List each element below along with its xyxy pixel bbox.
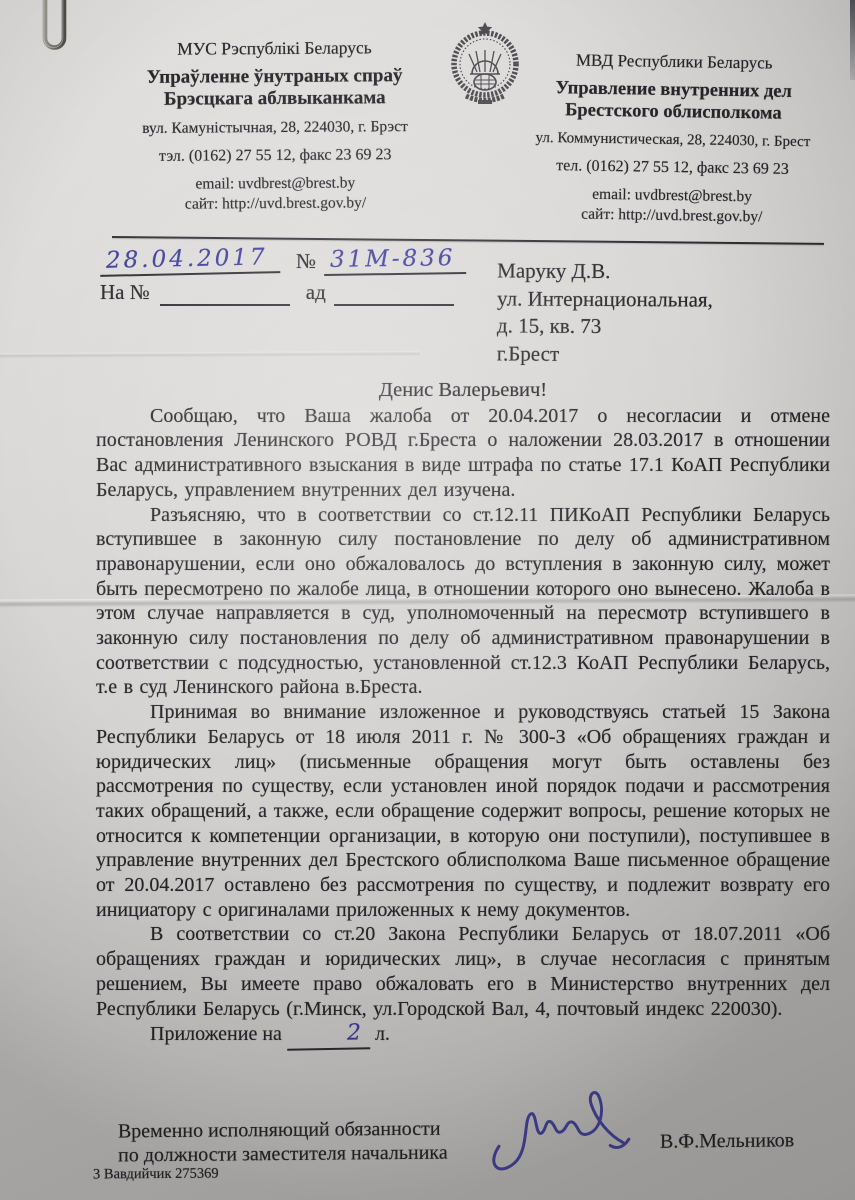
outgoing-row: 28.04.2017 № 31М-836 <box>100 246 480 275</box>
handwritten-date: 28.04.2017 <box>106 244 268 273</box>
letter-body: Денис Валерьевич! Сообщаю, что Ваша жало… <box>96 378 830 1050</box>
org-name-ru: МВД Республики Беларусь <box>499 49 849 74</box>
addressee-house: д. 15, кв. 73 <box>497 312 713 341</box>
letterhead-right: МВД Республики Беларусь Управление внутр… <box>497 49 850 227</box>
paper-fold-crease-small <box>0 351 420 358</box>
addressee-city: г.Брест <box>497 340 713 369</box>
number-sign-label: № <box>296 249 316 275</box>
signature-ink-icon <box>479 1081 640 1180</box>
body-paragraph: Разъясняю, что в соответствии со ст.12.1… <box>96 503 830 701</box>
org-address-ru: ул. Коммунистическая, 28, 224030, г. Бре… <box>498 129 848 151</box>
signer-position: Временно исполняющий обязанности по долж… <box>118 1117 448 1168</box>
body-paragraph: В соответствии со ст.20 Закона Республик… <box>96 922 830 1021</box>
reply-date-blank <box>334 279 454 306</box>
addressee-block: Маруку Д.В. ул. Интернациональная, д. 15… <box>497 257 713 368</box>
org-dept-by-line2: Брэсцкага аблвыканкама <box>92 87 458 112</box>
org-phone-ru: тел. (0162) 27 55 12, факс 23 69 23 <box>497 156 847 179</box>
org-phone-by: тэл. (0162) 27 55 12, факс 23 69 23 <box>92 146 458 167</box>
letterhead-left: МУС Рэспублікі Беларусь Упраўленне ўнутр… <box>91 37 458 215</box>
paperclip-icon <box>34 0 74 60</box>
reference-block: 28.04.2017 № 31М-836 На № ад <box>100 246 480 306</box>
org-site-by: сайт: http://uvd.brest.gov.by/ <box>92 194 458 215</box>
reply-row: На № ад <box>100 279 480 306</box>
executor-note: 3 Вавдийчик 275369 <box>93 1166 219 1184</box>
body-paragraph: Принимая во внимание изложенное и руково… <box>96 700 830 922</box>
handwritten-outgoing-number: 31М-836 <box>330 245 456 273</box>
attachment-suffix: л. <box>375 1023 390 1045</box>
org-dept-by-line1: Упраўленне ўнутраных спраў <box>92 65 458 90</box>
signer-name: В.Ф.Мельников <box>660 1129 794 1153</box>
reply-from-label: ад <box>306 280 326 306</box>
letterhead-divider-rule <box>112 236 824 245</box>
handwritten-attachment-count: 2 <box>347 1021 364 1046</box>
salutation: Денис Валерьевич! <box>96 378 830 403</box>
org-site-ru: сайт: http://uvd.brest.gov.by/ <box>497 204 847 227</box>
scanned-letter-photo: МУС Рэспублікі Беларусь Упраўленне ўнутр… <box>0 0 855 1200</box>
org-email-by: email: uvdbrest@brest.by <box>92 174 458 195</box>
attachment-line: Приложение на 2 л. <box>96 1022 830 1050</box>
paper-edge-shadow <box>850 0 855 80</box>
reply-to-label: На № <box>100 280 150 306</box>
addressee-street: ул. Интернациональная, <box>497 285 713 314</box>
signer-position-line2: по должности заместителя начальника <box>118 1141 448 1168</box>
body-paragraph: Сообщаю, что Ваша жалоба от 20.04.2017 о… <box>96 404 830 503</box>
org-name-by: МУС Рэспублікі Беларусь <box>91 37 457 61</box>
signer-position-line1: Временно исполняющий обязанности <box>118 1117 448 1144</box>
org-address-by: вул. Камуністычная, 28, 224030, г. Брэст <box>92 118 458 139</box>
reply-number-blank <box>160 279 290 306</box>
addressee-name: Маруку Д.В. <box>497 257 713 286</box>
org-dept-ru-line2: Брестского облисполкома <box>498 98 848 125</box>
attachment-prefix: Приложение на <box>150 1023 282 1045</box>
